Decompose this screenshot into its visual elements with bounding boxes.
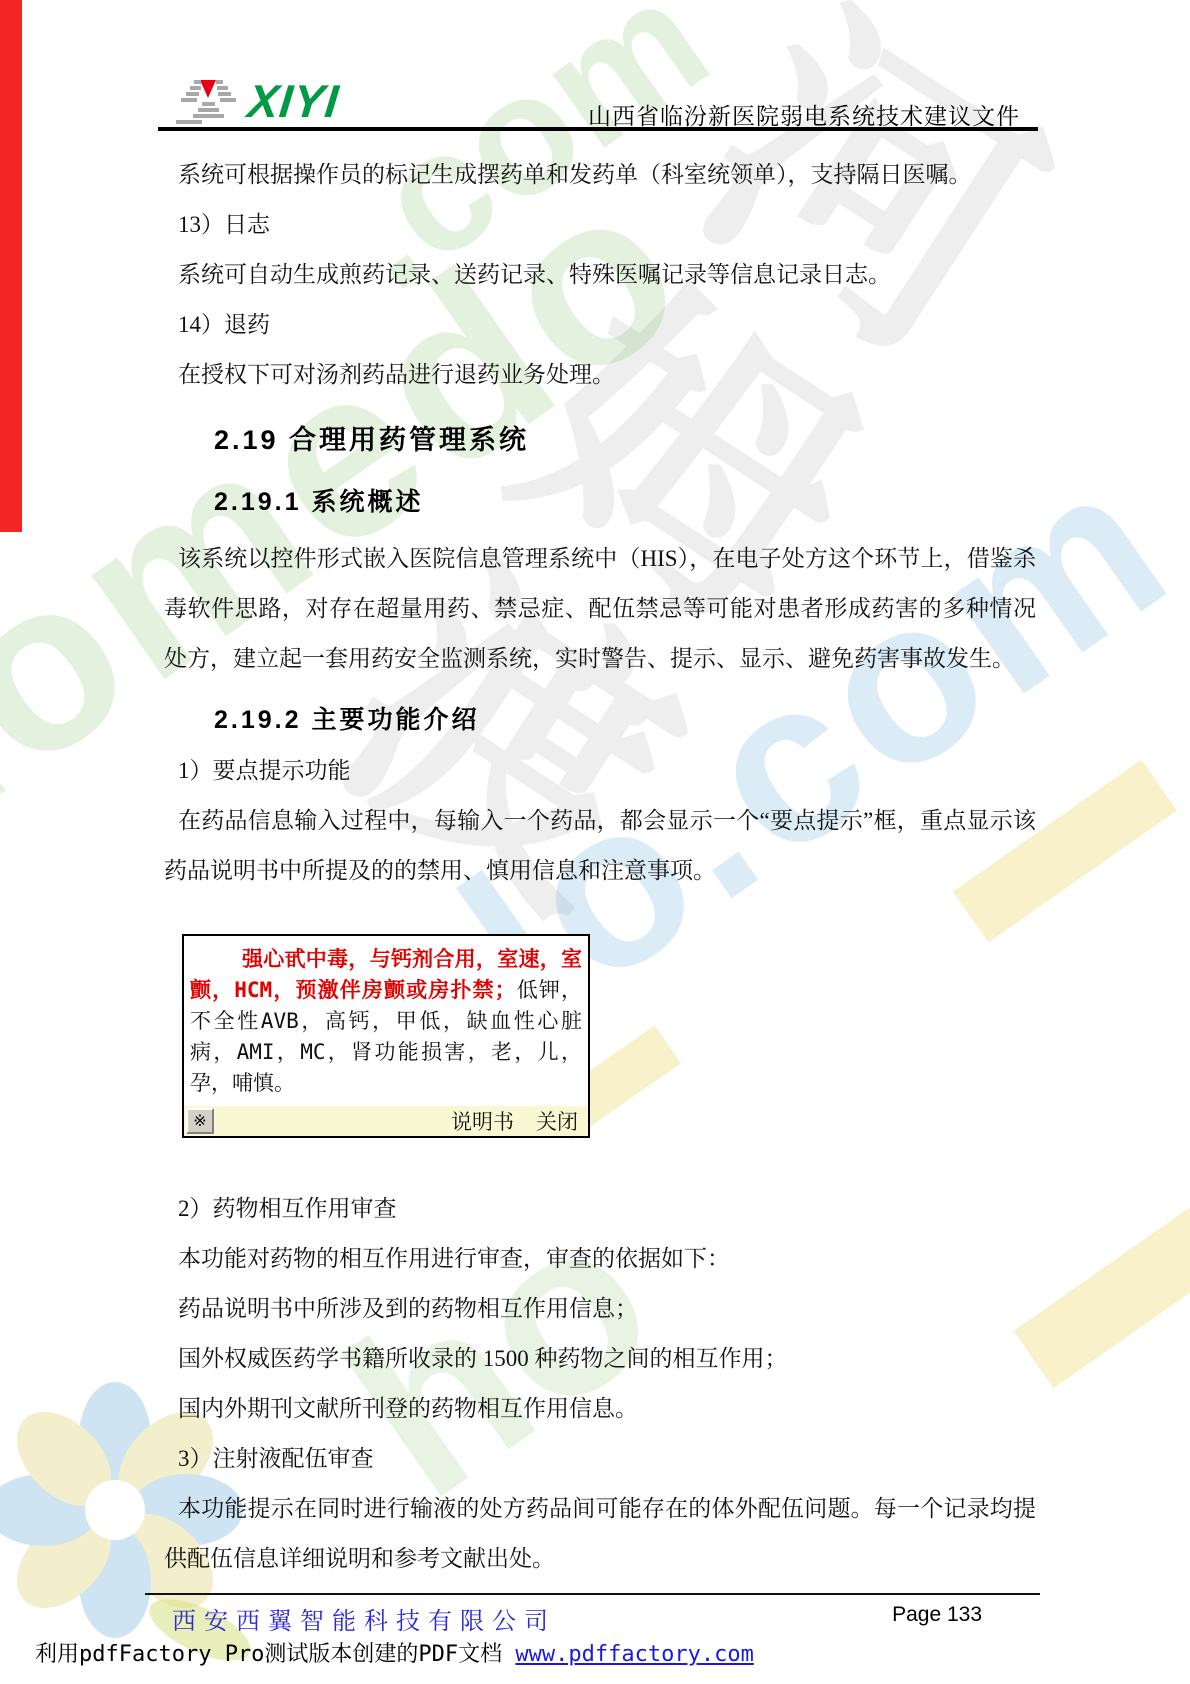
body-paragraph: 国外权威医药学书籍所收录的 1500 种药物之间的相互作用； [164,1334,1036,1384]
document-page: .com 河姆渡 homedo do.com ho [0,0,1190,1684]
feature-1-heading: 1）要点提示功能 [164,746,1036,796]
pdf-factory-link[interactable]: www.pdffactory.com [515,1642,753,1667]
feature-2-heading: 2）药物相互作用审查 [164,1184,1036,1234]
document-body: 系统可根据操作员的标记生成摆药单和发药单（科室统领单），支持隔日医嘱。 13）日… [164,142,1036,1584]
footer-company-name: 西安西翼智能科技有限公司 [172,1601,556,1636]
feature-3-paragraph: 本功能提示在同时进行输液的处方药品间可能存在的体外配伍问题。每一个记录均提供配伍… [164,1484,1036,1584]
drug-warning-popup: 强心甙中毒，与钙剂合用，室速，室颤，HCM，预激伴房颤或房扑禁；低钾，不全性AV… [182,934,590,1138]
footer-divider [145,1593,1040,1595]
body-paragraph: 国内外期刊文献所刊登的药物相互作用信息。 [164,1384,1036,1434]
section-heading-2-19: 2.19 合理用药管理系统 [164,412,1036,468]
popup-actions: 说明书 关闭 [451,1106,578,1136]
list-item-14: 14）退药 [164,300,1036,350]
logo-wordmark: XIYI [246,78,342,124]
warning-popup-toolbar: ※ 说明书 关闭 [184,1106,588,1136]
pdf-note-text: 利用pdfFactory Pro测试版本创建的PDF文档 [35,1642,515,1667]
list-item-13: 13）日志 [164,200,1036,250]
red-edge-bar [0,0,22,532]
section-heading-2-19-1: 2.19.1 系统概述 [164,476,1036,528]
section-heading-2-19-2: 2.19.2 主要功能介绍 [164,694,1036,746]
page-number: Page 133 [892,1603,982,1627]
header-divider [158,127,1038,131]
body-paragraph: 在授权下可对汤剂药品进行退药业务处理。 [164,350,1036,400]
body-paragraph: 本功能对药物的相互作用进行审查，审查的依据如下： [164,1234,1036,1284]
company-logo: XIYI [172,74,339,128]
logo-mark-icon [172,74,240,128]
close-button[interactable]: 关闭 [536,1106,578,1136]
body-paragraph: 药品说明书中所涉及到的药物相互作用信息； [164,1284,1036,1334]
pdf-factory-note: 利用pdfFactory Pro测试版本创建的PDF文档 www.pdffact… [35,1637,754,1668]
manual-button[interactable]: 说明书 [451,1106,514,1136]
asterisk-button[interactable]: ※ [186,1108,214,1134]
system-overview-paragraph: 该系统以控件形式嵌入医院信息管理系统中（HIS），在电子处方这个环节上，借鉴杀毒… [164,534,1036,684]
feature-3-heading: 3）注射液配伍审查 [164,1434,1036,1484]
warning-text: 强心甙中毒，与钙剂合用，室速，室颤，HCM，预激伴房颤或房扑禁；低钾，不全性AV… [184,936,588,1106]
feature-1-paragraph: 在药品信息输入过程中，每输入一个药品，都会显示一个“要点提示”框，重点显示该药品… [164,796,1036,896]
body-paragraph: 系统可根据操作员的标记生成摆药单和发药单（科室统领单），支持隔日医嘱。 [164,150,1036,200]
watermark-yellow-stroke [1013,1182,1190,1388]
body-paragraph: 系统可自动生成煎药记录、送药记录、特殊医嘱记录等信息记录日志。 [164,250,1036,300]
